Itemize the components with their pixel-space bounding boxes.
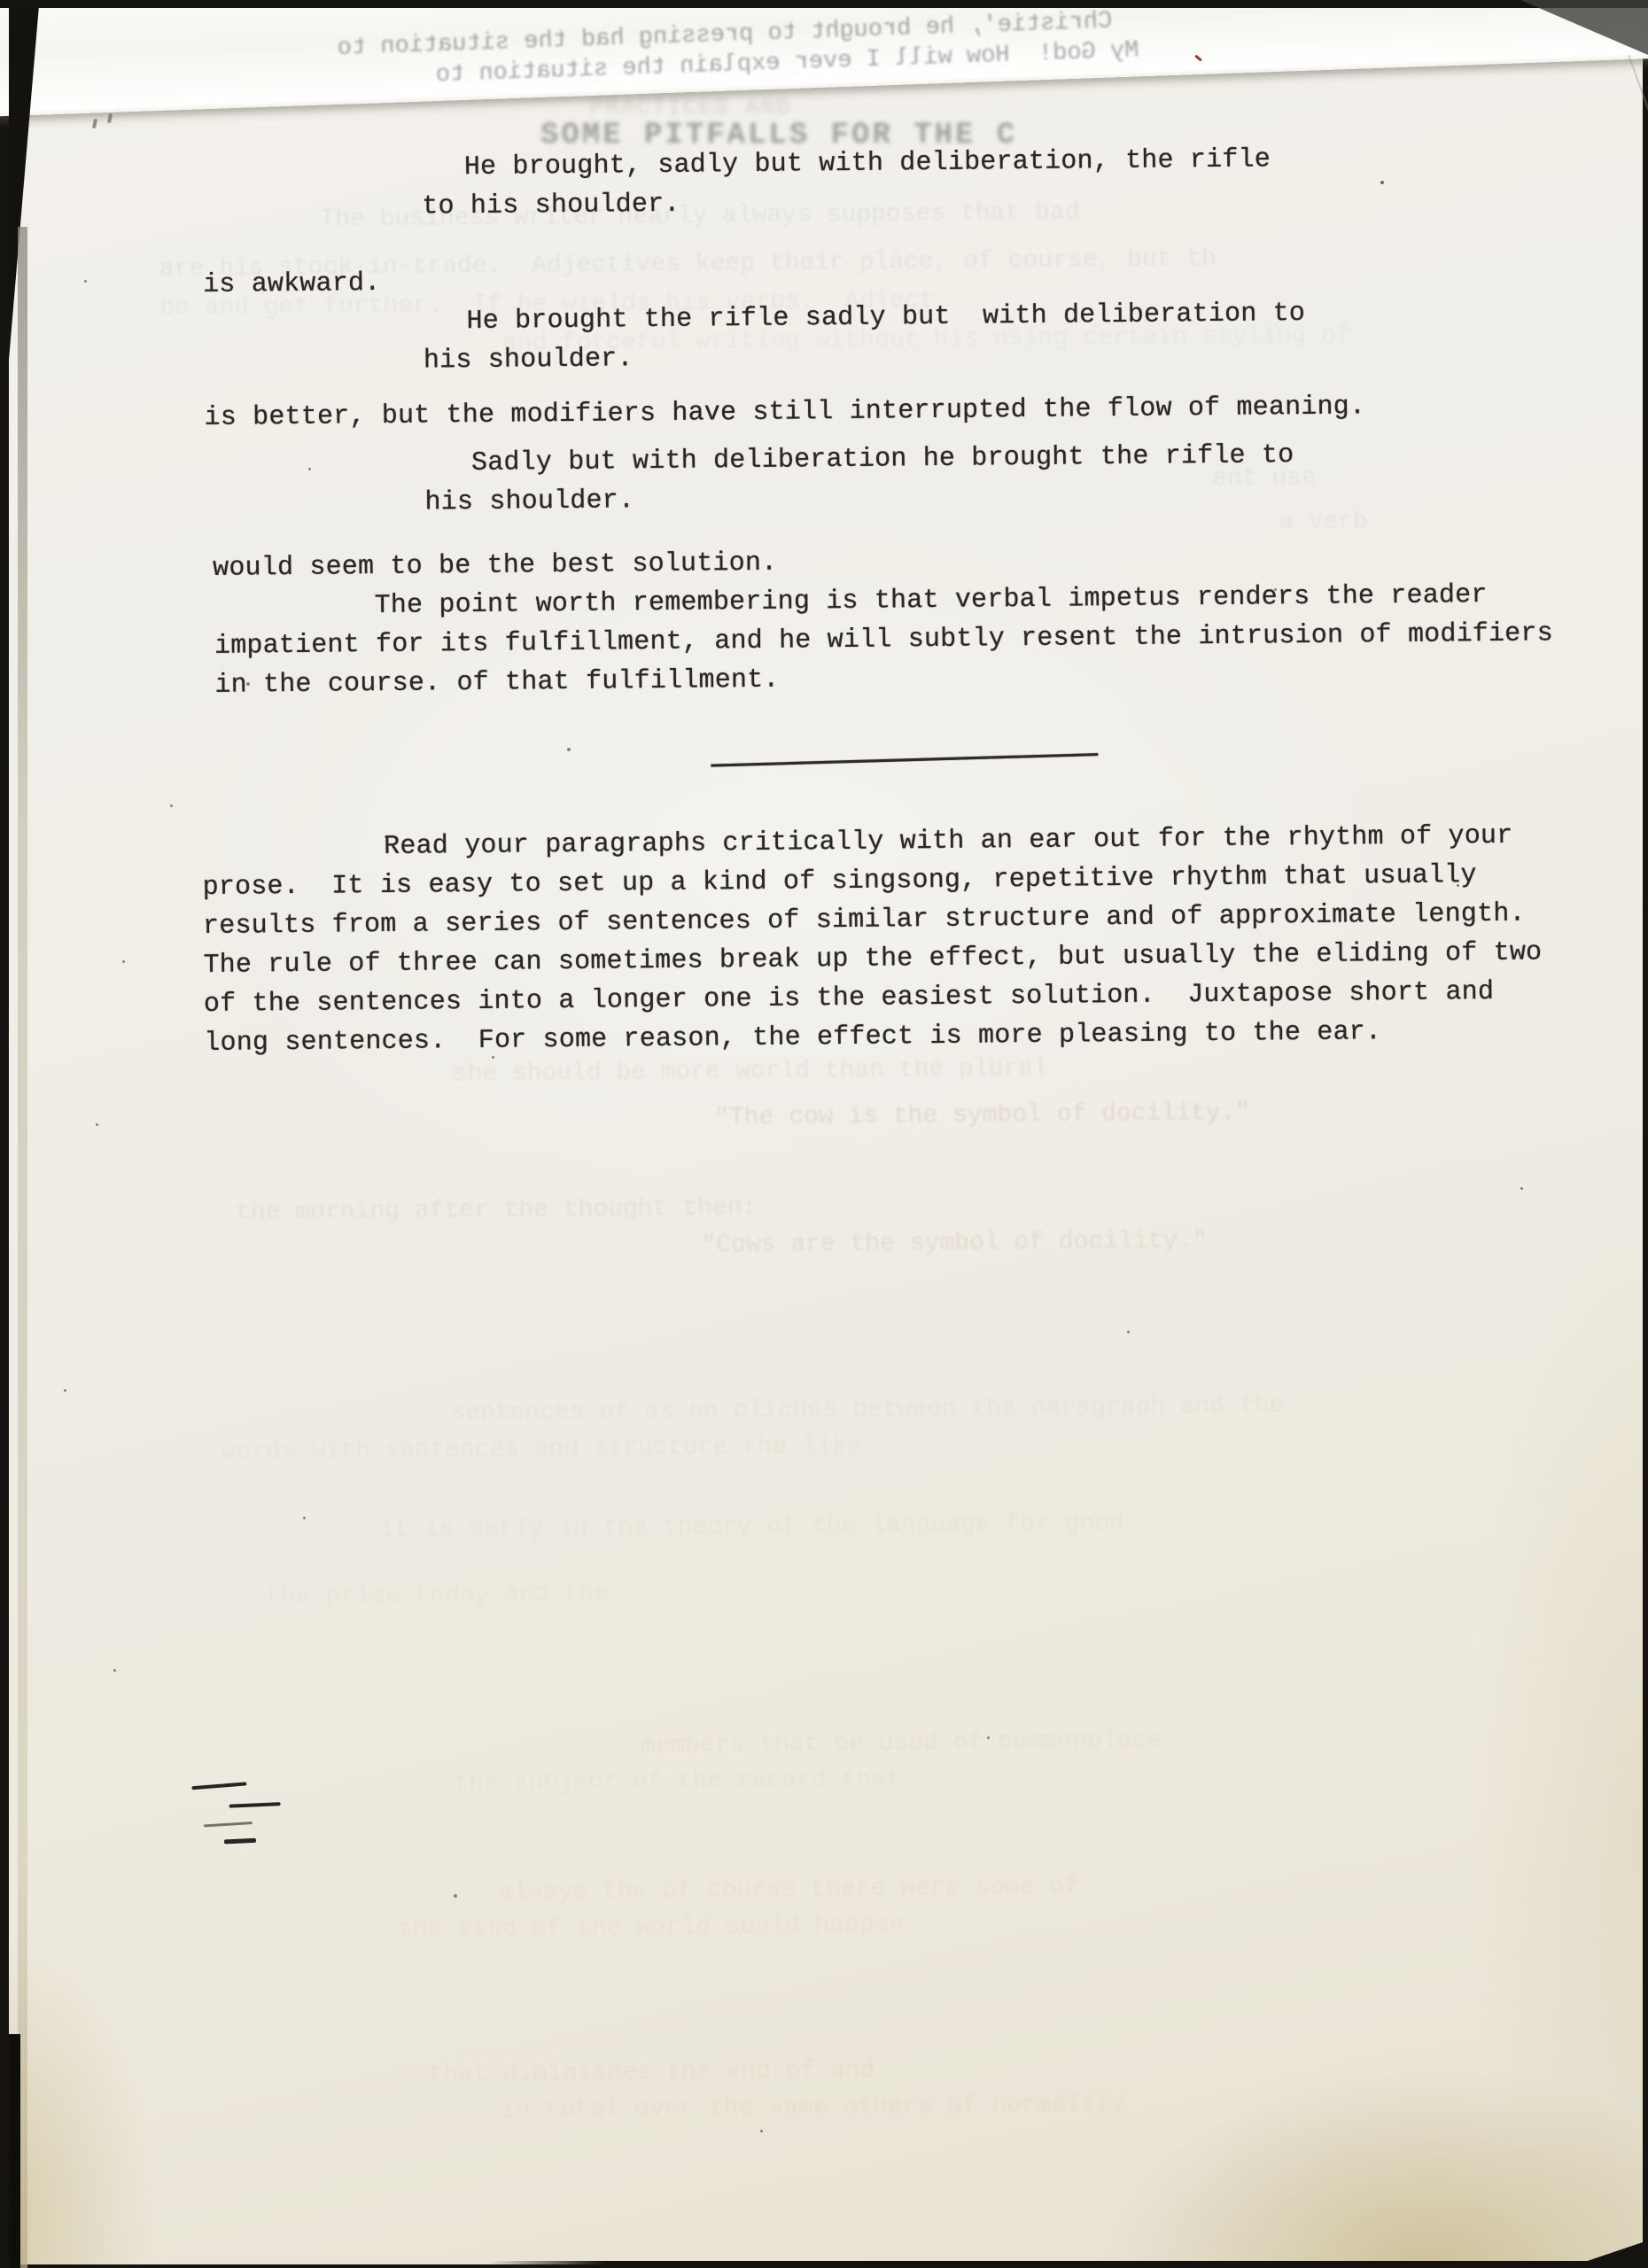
ghost-text-line: members that be used of commonplace <box>641 1728 1162 1760</box>
ink-speck <box>1274 588 1277 591</box>
ink-speck <box>1520 1187 1523 1190</box>
ghost-text-line: the morning after the thought then: <box>236 1194 757 1227</box>
ghost-text-line: sentences of as on clichés between the p… <box>450 1392 1284 1427</box>
typed-line: results from a series of sentences of si… <box>203 898 1526 943</box>
typed-line: is better, but the modifiers have still … <box>204 391 1365 434</box>
ink-speck <box>1067 308 1069 311</box>
typed-line: to his shoulder. <box>422 189 680 223</box>
page-content: The business writer nearly always suppos… <box>6 0 1648 2268</box>
pencil-dash <box>204 1821 253 1827</box>
ghost-text-line: always the of course there were some of <box>498 1874 1079 1907</box>
scanner-background-top <box>0 0 1648 8</box>
ink-speck <box>567 748 571 751</box>
ghost-text-line: in total over the same others of normali… <box>501 2091 1126 2124</box>
ghost-text-line: that diminishes the end of and <box>428 2057 875 2089</box>
typed-line: The rule of three can sometimes break up… <box>203 936 1542 982</box>
scanned-document-screenshot: { "document_kind": "scanned typewritten … <box>0 0 1648 2268</box>
typed-line: Read your paragraphs critically with an … <box>384 820 1513 863</box>
ghost-text-line: she should be more world than the plural <box>453 1055 1048 1088</box>
typed-line: The point worth remembering is that verb… <box>374 579 1487 622</box>
ink-speck <box>246 682 250 686</box>
paper-speck <box>1380 181 1384 184</box>
pencil-dash <box>224 1838 256 1845</box>
ink-speck <box>760 2130 763 2132</box>
typed-line: Sadly but with deliberation he brought t… <box>471 439 1294 479</box>
ghost-text-line: words with sentences and structure the l… <box>222 1433 862 1466</box>
ink-speck <box>96 1123 98 1126</box>
ink-speck <box>385 835 387 838</box>
typed-line: in the course. of that fulfillment. <box>214 664 779 702</box>
typed-line: his shoulder. <box>424 343 634 377</box>
page-left-edge <box>18 227 27 2268</box>
ink-speck <box>303 1517 306 1519</box>
ink-speck <box>1457 884 1459 887</box>
ink-speck <box>122 960 125 963</box>
ink-speck <box>84 280 87 283</box>
ghost-text-line: "The cow is the symbol of docility." <box>714 1099 1250 1132</box>
ink-speck <box>1127 1331 1130 1333</box>
ink-speck <box>170 804 173 807</box>
ghost-text-line: it is early in the theory of the languag… <box>379 1510 1123 1544</box>
ink-speck <box>454 1894 457 1898</box>
divider-line <box>711 753 1098 767</box>
pencil-dash <box>191 1782 246 1790</box>
ghost-text-line: the subject of the record that <box>454 1766 900 1798</box>
page-bottom-edge <box>487 2261 1648 2268</box>
ghost-text-line: the price today and the <box>266 1581 609 1612</box>
ghost-heading: SOME PITFALLS FOR THE C <box>540 119 1017 152</box>
page-left-edge-dark <box>9 2034 20 2268</box>
ink-speck <box>64 1389 66 1392</box>
ink-speck <box>308 468 311 470</box>
ghost-text-line: a verb <box>1279 508 1368 536</box>
typed-line: impatient for its fulfillment, and he wi… <box>214 617 1553 663</box>
typed-line: would seem to be the best solution. <box>213 548 777 585</box>
typed-line: is awkward. <box>203 268 381 301</box>
typed-line: prose. It is easy to set up a kind of si… <box>202 859 1476 904</box>
typed-line: his shoulder. <box>424 485 634 518</box>
ghost-text-line: "Cows are the symbol of docility." <box>701 1227 1208 1259</box>
paper-page: The business writer nearly always suppos… <box>9 5 1643 2264</box>
ink-speck <box>987 1736 990 1739</box>
ink-speck <box>113 1669 116 1672</box>
ghost-subheading: PRACTICES AND <box>589 94 792 120</box>
ink-speck <box>492 1056 494 1059</box>
pencil-dash <box>229 1802 281 1808</box>
typed-line: of the sentences into a longer one is th… <box>204 976 1495 1021</box>
typed-line: long sentences. For some reason, the eff… <box>204 1016 1381 1060</box>
ghost-text-line: the kind of the world could happen <box>398 1911 905 1943</box>
